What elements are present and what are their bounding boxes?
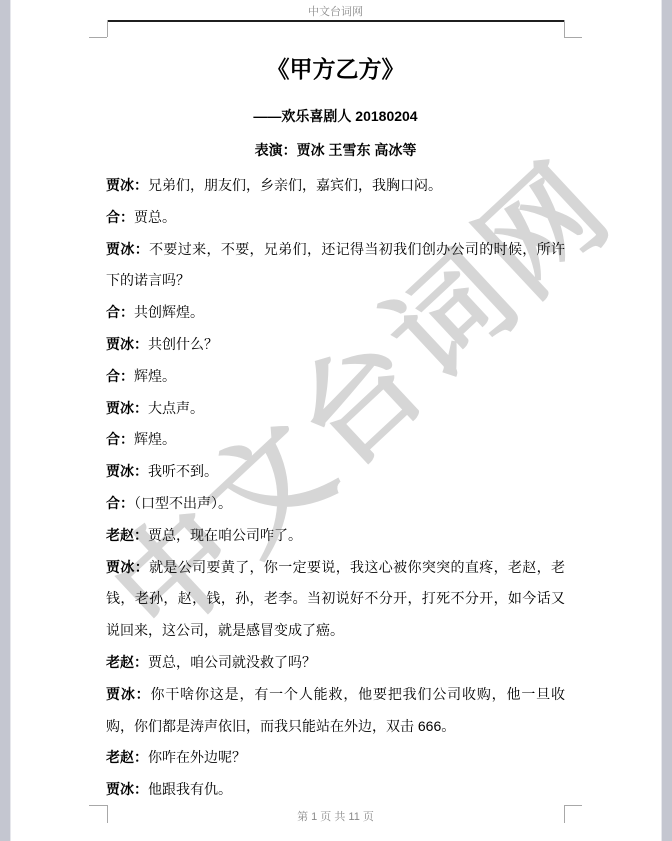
speaker-name: 贾冰： xyxy=(106,463,148,479)
speaker-name: 合： xyxy=(106,304,134,320)
speaker-name: 老赵： xyxy=(106,654,148,670)
document-content: 《甲方乙方》 ——欢乐喜剧人 20180204 表演：贾冰 王雪东 高冰等 贾冰… xyxy=(106,55,565,806)
dialogue-text: 不要过来，不要，兄弟们，还记得当初我们创办公司的时候，所许下的诺言吗？ xyxy=(106,241,565,289)
document-page: 中文台词网 中文台词网 《甲方乙方》 ——欢乐喜剧人 20180204 表演：贾… xyxy=(10,0,661,841)
dialogue-text: 他跟我有仇。 xyxy=(148,781,232,797)
speaker-name: 贾冰： xyxy=(106,241,149,257)
document-viewer: 中文台词网 中文台词网 《甲方乙方》 ——欢乐喜剧人 20180204 表演：贾… xyxy=(0,0,672,841)
speaker-name: 合： xyxy=(106,209,134,225)
dialogue-text: 辉煌。 xyxy=(134,368,176,384)
speaker-name: 贾冰： xyxy=(106,400,148,416)
dialogue-line: 老赵：贾总，现在咱公司咋了。 xyxy=(106,520,565,552)
dialogue-text: 贾总，咱公司就没救了吗？ xyxy=(148,654,316,670)
dialogue-text: 你干啥你这是，有一个人能救，他要把我们公司收购，他一旦收购，你们都是涛声依旧，而… xyxy=(106,686,565,734)
page-header-text: 中文台词网 xyxy=(10,5,661,19)
dialogue-line: 合：辉煌。 xyxy=(106,424,565,456)
dialogue-text: 就是公司要黄了，你一定要说，我这心被你突突的直疼，老赵，老钱，老孙，赵，钱，孙，… xyxy=(106,559,565,639)
crop-mark-bottom-left xyxy=(89,805,107,806)
left-gutter xyxy=(0,0,11,841)
dialogue-line: 合：贾总。 xyxy=(106,202,565,234)
dialogue-text: 共创什么？ xyxy=(148,336,218,352)
speaker-name: 贾冰： xyxy=(106,559,149,575)
speaker-name: 贾冰： xyxy=(106,336,148,352)
dialogue-text: （口型不出声）。 xyxy=(134,495,232,511)
dialogue-line: 贾冰：你干啥你这是，有一个人能救，他要把我们公司收购，他一旦收购，你们都是涛声依… xyxy=(106,679,565,743)
dialogue-text: 你咋在外边呢？ xyxy=(148,749,246,765)
dialogue-line: 老赵：你咋在外边呢？ xyxy=(106,742,565,774)
dialogue-line: 贾冰：大点声。 xyxy=(106,393,565,425)
dialogue-line: 贾冰：不要过来，不要，兄弟们，还记得当初我们创办公司的时候，所许下的诺言吗？ xyxy=(106,234,565,298)
cast-line: 表演：贾冰 王雪东 高冰等 xyxy=(106,142,565,158)
page-footer-text: 第 1 页 共 11 页 xyxy=(10,810,661,824)
speaker-name: 老赵： xyxy=(106,749,148,765)
speaker-name: 贾冰： xyxy=(106,781,148,797)
script-title: 《甲方乙方》 xyxy=(106,55,565,85)
script-subtitle: ——欢乐喜剧人 20180204 xyxy=(106,108,565,124)
speaker-name: 贾冰： xyxy=(106,177,148,193)
dialogue-text: 贾总。 xyxy=(134,209,176,225)
dialogue-line: 贾冰：我听不到。 xyxy=(106,456,565,488)
crop-mark-top-right xyxy=(564,37,582,38)
dialogue-line: 老赵：贾总，咱公司就没救了吗？ xyxy=(106,647,565,679)
dialogue-text: 我听不到。 xyxy=(148,463,218,479)
dialogue-line: 贾冰：就是公司要黄了，你一定要说，我这心被你突突的直疼，老赵，老钱，老孙，赵，钱… xyxy=(106,552,565,647)
right-gutter xyxy=(661,0,672,841)
dialogue-text: 大点声。 xyxy=(148,400,204,416)
crop-mark-bottom-right xyxy=(564,805,582,806)
dialogue-line: 贾冰：共创什么？ xyxy=(106,329,565,361)
speaker-name: 合： xyxy=(106,368,134,384)
dialogue-line: 合：辉煌。 xyxy=(106,361,565,393)
dialogue-line: 贾冰：他跟我有仇。 xyxy=(106,774,565,806)
header-rule xyxy=(107,20,565,22)
speaker-name: 合： xyxy=(106,495,134,511)
dialogue-list: 贾冰：兄弟们，朋友们，乡亲们，嘉宾们，我胸口闷。合：贾总。贾冰：不要过来，不要，… xyxy=(106,170,565,806)
dialogue-text: 贾总，现在咱公司咋了。 xyxy=(148,527,302,543)
crop-mark-top-right xyxy=(564,20,565,37)
crop-mark-top-left xyxy=(89,37,107,38)
dialogue-text: 兄弟们，朋友们，乡亲们，嘉宾们，我胸口闷。 xyxy=(148,177,442,193)
speaker-name: 贾冰： xyxy=(106,686,151,702)
speaker-name: 合： xyxy=(106,431,134,447)
speaker-name: 老赵： xyxy=(106,527,148,543)
dialogue-line: 合：共创辉煌。 xyxy=(106,297,565,329)
dialogue-line: 贾冰：兄弟们，朋友们，乡亲们，嘉宾们，我胸口闷。 xyxy=(106,170,565,202)
dialogue-text: 辉煌。 xyxy=(134,431,176,447)
crop-mark-top-left xyxy=(107,20,108,37)
dialogue-text: 共创辉煌。 xyxy=(134,304,204,320)
dialogue-line: 合：（口型不出声）。 xyxy=(106,488,565,520)
